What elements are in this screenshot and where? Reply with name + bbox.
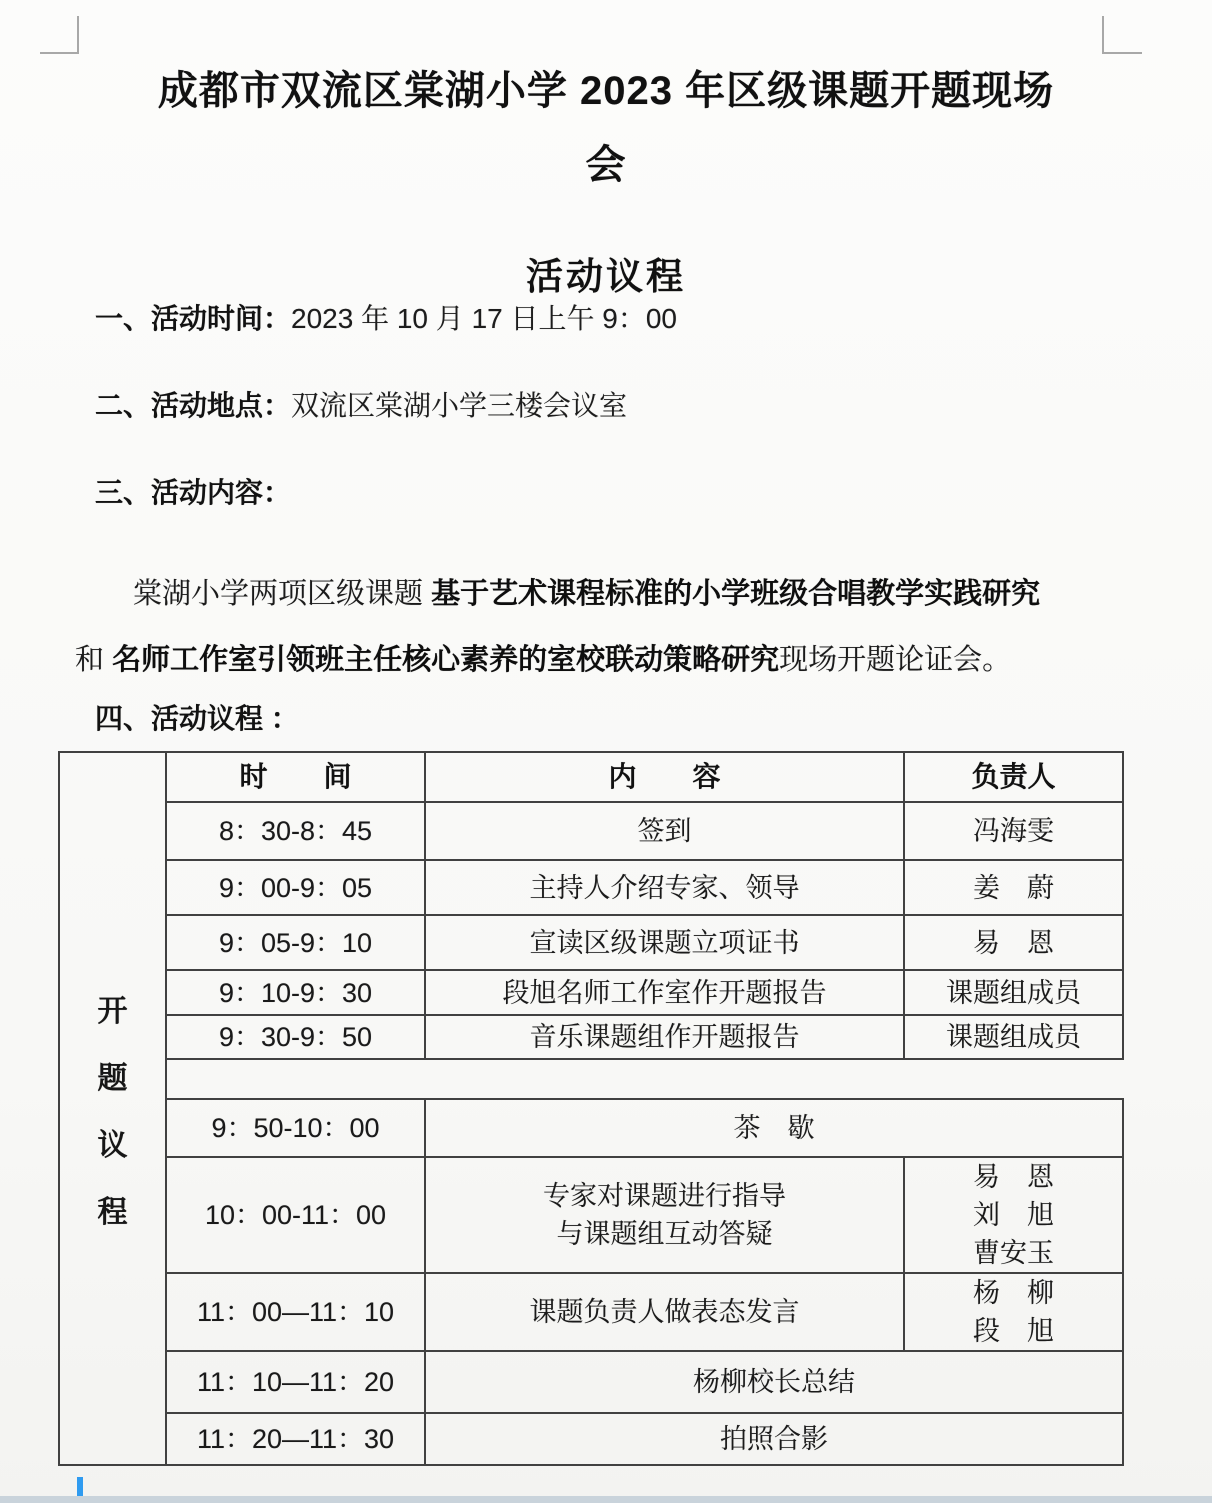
table-header-row: 时 间 内 容 负责人: [166, 752, 1123, 802]
col-header-owner: 负责人: [904, 752, 1123, 802]
info-line-time: 一、活动时间：2023 年 10 月 17 日上午 9：00: [95, 300, 1132, 338]
agenda-side-label-char: 议: [98, 1120, 128, 1164]
owner-cell: 课题组成员: [904, 1015, 1123, 1059]
col-header-time: 时 间: [166, 752, 425, 802]
content-cell: 宣读区级课题立项证书: [425, 915, 904, 970]
agenda-side-label: 开题议程: [58, 751, 167, 1466]
time-cell: 9：05-9：10: [166, 915, 425, 970]
page-title-line1: 成都市双流区棠湖小学 2023 年区级课题开题现场: [158, 69, 1054, 113]
content-cell: 签到: [425, 802, 904, 860]
time-cell: 11：10—11：20: [166, 1351, 425, 1413]
page-title: 成都市双流区棠湖小学 2023 年区级课题开题现场 会: [0, 0, 1212, 202]
table-row: 8：30-8：45签到冯海雯: [166, 802, 1123, 860]
time-cell: 9：30-9：50: [166, 1015, 425, 1059]
owner-cell: 课题组成员: [904, 970, 1123, 1015]
agenda-table: 开题议程 时 间 内 容 负责人 8：30-8：45签到冯海雯9：00-9：05…: [58, 751, 1124, 1466]
col-header-content: 内 容: [425, 752, 904, 802]
table-row: 9：00-9：05主持人介绍专家、领导姜 蔚: [166, 860, 1123, 915]
content-cell: 拍照合影: [425, 1413, 1123, 1465]
info-label-content: 三、活动内容：: [95, 477, 291, 508]
agenda-table-columns: 时 间 内 容 负责人 8：30-8：45签到冯海雯9：00-9：05主持人介绍…: [165, 751, 1124, 1466]
content-paragraph: 棠湖小学两项区级课题 基于艺术课程标准的小学班级合唱教学实践研究 和 名师工作室…: [75, 561, 1132, 693]
paragraph-part3: 现场开题论证会。: [779, 644, 1011, 676]
agenda-table-section1: 时 间 内 容 负责人 8：30-8：45签到冯海雯9：00-9：05主持人介绍…: [165, 751, 1124, 1060]
paragraph-part1: 棠湖小学两项区级课题: [133, 578, 431, 610]
table-row: 9：30-9：50音乐课题组作开题报告课题组成员: [166, 1015, 1123, 1059]
table-row: 11：20—11：30拍照合影: [166, 1413, 1123, 1465]
time-cell: 9：00-9：05: [166, 860, 425, 915]
content-cell: 段旭名师工作室作开题报告: [425, 970, 904, 1015]
time-cell: 11：20—11：30: [166, 1413, 425, 1465]
content-cell: 音乐课题组作开题报告: [425, 1015, 904, 1059]
content-cell: 主持人介绍专家、领导: [425, 860, 904, 915]
table-row: 9：50-10：00茶 歇: [166, 1099, 1123, 1157]
owner-cell: 易 恩: [904, 915, 1123, 970]
time-cell: 8：30-8：45: [166, 802, 425, 860]
content-cell: 课题负责人做表态发言: [425, 1273, 904, 1351]
agenda-side-label-char: 开: [98, 986, 128, 1030]
agenda-side-label-char: 程: [98, 1187, 128, 1231]
content-cell: 茶 歇: [425, 1099, 1123, 1157]
info-value-place: 双流区棠湖小学三楼会议室: [291, 390, 627, 421]
info-label-time: 一、活动时间：: [95, 303, 291, 334]
page-subtitle: 活动议程: [0, 246, 1212, 300]
time-cell: 11：00—11：10: [166, 1273, 425, 1351]
info-value-time: 2023 年 10 月 17 日上午 9：00: [291, 303, 677, 334]
content-cell: 专家对课题进行指导 与课题组互动答疑: [425, 1157, 904, 1273]
owner-cell: 冯海雯: [904, 802, 1123, 860]
info-line-content: 三、活动内容：: [95, 474, 1132, 512]
paragraph-part2: 和: [75, 644, 112, 676]
bottom-edge-strip: [0, 1496, 1212, 1503]
paragraph-topic2: 名师工作室引领班主任核心素养的室校联动策略研究: [112, 644, 779, 676]
content-cell: 杨柳校长总结: [425, 1351, 1123, 1413]
info-line-place: 二、活动地点：双流区棠湖小学三楼会议室: [95, 387, 1132, 425]
table-row: 9：05-9：10宣读区级课题立项证书易 恩: [166, 915, 1123, 970]
info-line-agenda: 四、活动议程 ：: [95, 699, 1132, 739]
page-margin-mark-top-right: [1102, 16, 1142, 54]
time-cell: 10：00-11：00: [166, 1157, 425, 1273]
time-cell: 9：10-9：30: [166, 970, 425, 1015]
owner-cell: 姜 蔚: [904, 860, 1123, 915]
info-label-agenda: 四、活动议程 ：: [95, 703, 299, 734]
owner-cell: 易 恩 刘 旭 曹安玉: [904, 1157, 1123, 1273]
agenda-table-section2: 9：50-10：00茶 歇10：00-11：00专家对课题进行指导 与课题组互动…: [165, 1098, 1124, 1466]
page-margin-mark-top-left: [40, 16, 79, 54]
table-section-gap: [165, 1060, 1124, 1098]
info-label-place: 二、活动地点：: [95, 390, 291, 421]
paragraph-topic1: 基于艺术课程标准的小学班级合唱教学实践研究: [431, 578, 1040, 610]
page-title-line2: 会: [586, 143, 627, 187]
time-cell: 9：50-10：00: [166, 1099, 425, 1157]
agenda-side-label-char: 题: [98, 1053, 128, 1097]
table-row: 11：00—11：10课题负责人做表态发言杨 柳 段 旭: [166, 1273, 1123, 1351]
table-row: 11：10—11：20杨柳校长总结: [166, 1351, 1123, 1413]
table-row: 10：00-11：00专家对课题进行指导 与课题组互动答疑易 恩 刘 旭 曹安玉: [166, 1157, 1123, 1273]
table-row: 9：10-9：30段旭名师工作室作开题报告课题组成员: [166, 970, 1123, 1015]
owner-cell: 杨 柳 段 旭: [904, 1273, 1123, 1351]
